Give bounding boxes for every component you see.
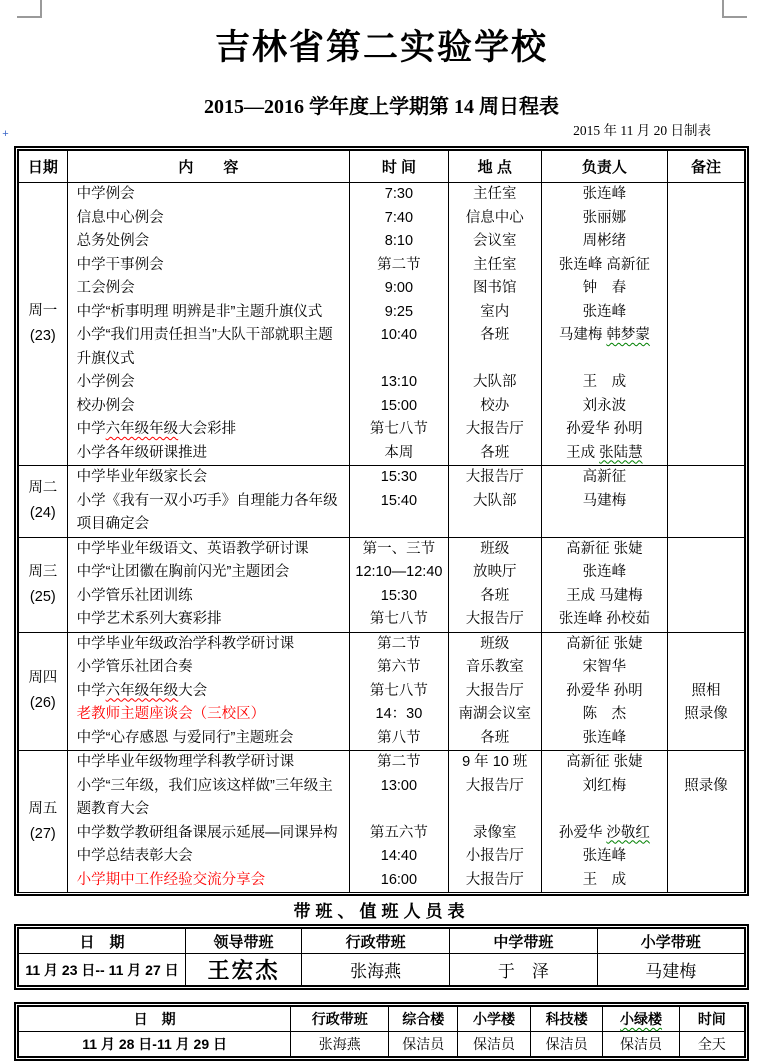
page-subtitle: 2015—2016 学年度上学期第 14 周日程表 xyxy=(0,94,763,120)
weekend-name-cell: 保洁员 xyxy=(603,1032,679,1057)
spellcheck-underline: 六年级年级 xyxy=(106,421,179,437)
time-cell: 本周 xyxy=(350,442,449,466)
place-cell: 大队部 xyxy=(448,490,541,538)
time-cell: 9:25 xyxy=(350,301,449,325)
schedule-row: 周三(25)中学毕业年级语文、英语教学研讨课第一、三节班级高新征 张婕 xyxy=(19,537,745,561)
remark-cell xyxy=(668,822,745,846)
remark-cell xyxy=(668,751,745,775)
column-header: 小学楼 xyxy=(458,1007,531,1032)
remark-cell xyxy=(668,656,745,680)
remark-cell xyxy=(668,418,745,442)
duty-name-cell: 王宏杰 xyxy=(185,954,301,986)
schedule-row: 小学“三年级，我们应该这样做”三年级主题教育大会13:00大报告厅刘红梅照录像 xyxy=(19,775,745,822)
place-cell: 班级 xyxy=(448,537,541,561)
spellcheck-underline: 韩梦蒙 xyxy=(606,327,650,343)
time-cell: 15:00 xyxy=(350,395,449,419)
remark-cell xyxy=(668,395,745,419)
table-move-handle-icon[interactable] xyxy=(0,129,11,140)
place-cell: 大报告厅 xyxy=(448,608,541,632)
remark-cell xyxy=(668,490,745,538)
place-cell: 音乐教室 xyxy=(448,656,541,680)
activity-cell: 小学“三年级，我们应该这样做”三年级主题教育大会 xyxy=(67,775,349,822)
day-cell: 周二(24) xyxy=(19,466,68,538)
column-header: 日 期 xyxy=(19,929,186,954)
remark-cell xyxy=(668,301,745,325)
person-cell: 高新征 张婕 xyxy=(541,751,667,775)
schedule-row: 校办例会15:00校办刘永波 xyxy=(19,395,745,419)
remark-cell xyxy=(668,585,745,609)
column-header: 科技楼 xyxy=(530,1007,603,1032)
person-cell: 张连峰 xyxy=(541,845,667,869)
duty-roster-table-frame: 日 期领导带班行政带班中学带班小学带班 11 月 23 日-- 11 月 27 … xyxy=(17,927,746,987)
activity-cell: 中学六年级年级大会 xyxy=(67,680,349,704)
day-label: 周四 xyxy=(19,666,67,691)
person-cell: 宋智华 xyxy=(541,656,667,680)
time-cell: 第五六节 xyxy=(350,822,449,846)
activity-cell: 中学六年级年级大会彩排 xyxy=(67,418,349,442)
activity-cell: 中学例会 xyxy=(67,183,349,207)
activity-cell: 中学“心存感恩 与爱同行”主题班会 xyxy=(67,727,349,751)
time-cell: 第二节 xyxy=(350,751,449,775)
person-cell: 陈 杰 xyxy=(541,703,667,727)
activity-cell: 校办例会 xyxy=(67,395,349,419)
day-label: 周三 xyxy=(19,560,67,585)
activity-cell: 中学毕业年级语文、英语教学研讨课 xyxy=(67,537,349,561)
remark-cell xyxy=(668,537,745,561)
person-cell: 王成 马建梅 xyxy=(541,585,667,609)
remark-cell: 照录像 xyxy=(668,775,745,822)
time-cell: 9:00 xyxy=(350,277,449,301)
duty-roster-title: 带班、值班人员表 xyxy=(0,902,763,922)
spellcheck-underline: 张陆慧 xyxy=(599,445,643,461)
schedule-row: 周二(24)中学毕业年级家长会15:30大报告厅高新征 xyxy=(19,466,745,490)
place-cell: 放映厅 xyxy=(448,561,541,585)
duty-name-cell: 张海燕 xyxy=(302,954,450,986)
weekend-duty-table-frame: 日 期行政带班综合楼小学楼科技楼小绿楼时间 11 月 28 日-11 月 29 … xyxy=(17,1005,746,1058)
remark-cell xyxy=(668,207,745,231)
page-corner-mark-right xyxy=(722,0,747,18)
schedule-row: 周四(26)中学毕业年级政治学科教学研讨课第二节班级高新征 张婕 xyxy=(19,632,745,656)
person-cell: 周彬绪 xyxy=(541,230,667,254)
activity-cell: 总务处例会 xyxy=(67,230,349,254)
time-cell: 第二节 xyxy=(350,254,449,278)
activity-cell: 小学例会 xyxy=(67,371,349,395)
day-date: (25) xyxy=(19,585,67,610)
time-cell: 14:40 xyxy=(350,845,449,869)
spellcheck-underline: 小绿楼 xyxy=(620,1011,662,1027)
person-cell: 张连峰 xyxy=(541,561,667,585)
day-date: (24) xyxy=(19,501,67,526)
day-cell: 周一(23) xyxy=(19,183,68,466)
column-header: 时间 xyxy=(679,1007,744,1032)
schedule-row: 小学管乐社团合奏第六节音乐教室宋智华 xyxy=(19,656,745,680)
column-header: 地 点 xyxy=(448,151,541,183)
schedule-row: 中学“析事明理 明辨是非”主题升旗仪式9:25室内张连峰 xyxy=(19,301,745,325)
schedule-row: 中学“心存感恩 与爱同行”主题班会第八节各班张连峰 xyxy=(19,727,745,751)
weekend-duty-table: 日 期行政带班综合楼小学楼科技楼小绿楼时间 11 月 28 日-11 月 29 … xyxy=(14,1002,749,1061)
place-cell: 校办 xyxy=(448,395,541,419)
remark-cell xyxy=(668,845,745,869)
day-cell: 周五(27) xyxy=(19,751,68,893)
page-title: 吉林省第二实验学校 xyxy=(0,26,763,70)
time-cell: 12:10—12:40 xyxy=(350,561,449,585)
place-cell: 各班 xyxy=(448,442,541,466)
time-cell: 16:00 xyxy=(350,869,449,893)
spellcheck-underline: 沙敬红 xyxy=(606,825,650,841)
place-cell: 各班 xyxy=(448,727,541,751)
person-cell: 孙爱华 孙明 xyxy=(541,418,667,442)
time-cell: 第七八节 xyxy=(350,680,449,704)
weekend-date-cell: 11 月 28 日-11 月 29 日 xyxy=(19,1032,291,1057)
person-cell: 张连峰 高新征 xyxy=(541,254,667,278)
column-header: 负责人 xyxy=(541,151,667,183)
person-cell: 张连峰 孙校茹 xyxy=(541,608,667,632)
place-cell: 各班 xyxy=(448,324,541,371)
place-cell: 图书馆 xyxy=(448,277,541,301)
schedule-row: 老教师主题座谈会（三校区）14：30南湖会议室陈 杰照录像 xyxy=(19,703,745,727)
column-header: 综合楼 xyxy=(389,1007,458,1032)
duty-date-cell: 11 月 23 日-- 11 月 27 日 xyxy=(19,954,186,986)
schedule-header-row: 日期内 容时 间地 点负责人备注 xyxy=(19,151,745,183)
place-cell: 大报告厅 xyxy=(448,680,541,704)
person-cell: 刘红梅 xyxy=(541,775,667,822)
place-cell: 各班 xyxy=(448,585,541,609)
place-cell: 大队部 xyxy=(448,371,541,395)
activity-cell: 信息中心例会 xyxy=(67,207,349,231)
schedule-row: 小学“我们用责任担当”大队干部就职主题升旗仪式10:40各班马建梅 韩梦蒙 xyxy=(19,324,745,371)
time-cell: 14：30 xyxy=(350,703,449,727)
place-cell: 会议室 xyxy=(448,230,541,254)
remark-cell xyxy=(668,277,745,301)
time-cell: 第二节 xyxy=(350,632,449,656)
person-cell: 张连峰 xyxy=(541,727,667,751)
day-date: (23) xyxy=(19,324,67,349)
time-cell: 13:00 xyxy=(350,775,449,822)
time-cell: 15:40 xyxy=(350,490,449,538)
duty-header-row: 日 期领导带班行政带班中学带班小学带班 xyxy=(19,929,745,954)
place-cell: 大报告厅 xyxy=(448,418,541,442)
weekend-name-cell: 张海燕 xyxy=(291,1032,389,1057)
remark-cell: 照录像 xyxy=(668,703,745,727)
weekend-name-cell: 保洁员 xyxy=(530,1032,603,1057)
activity-cell: 中学数学教研组备课展示延展—同课异构 xyxy=(67,822,349,846)
place-cell: 信息中心 xyxy=(448,207,541,231)
time-cell: 第七八节 xyxy=(350,418,449,442)
place-cell: 主任室 xyxy=(448,254,541,278)
person-cell: 孙爱华 孙明 xyxy=(541,680,667,704)
schedule-row: 小学各年级研课推进本周各班王成 张陆慧 xyxy=(19,442,745,466)
activity-cell: 工会例会 xyxy=(67,277,349,301)
person-cell: 高新征 xyxy=(541,466,667,490)
schedule-row: 小学例会13:10大队部王 成 xyxy=(19,371,745,395)
schedule-row: 中学“让团徽在胸前闪光”主题团会12:10—12:40放映厅张连峰 xyxy=(19,561,745,585)
place-cell: 大报告厅 xyxy=(448,466,541,490)
remark-cell xyxy=(668,561,745,585)
date-note: 2015 年 11 月 20 日制表 xyxy=(0,122,711,140)
person-cell: 王 成 xyxy=(541,371,667,395)
person-cell: 张丽娜 xyxy=(541,207,667,231)
activity-cell: 中学“析事明理 明辨是非”主题升旗仪式 xyxy=(67,301,349,325)
activity-cell: 中学艺术系列大赛彩排 xyxy=(67,608,349,632)
day-cell: 周四(26) xyxy=(19,632,68,751)
activity-cell: 小学“我们用责任担当”大队干部就职主题升旗仪式 xyxy=(67,324,349,371)
person-cell: 孙爱华 沙敬红 xyxy=(541,822,667,846)
person-cell: 马建梅 xyxy=(541,490,667,538)
activity-cell: 小学《我有一双小巧手》自理能力各年级项目确定会 xyxy=(67,490,349,538)
person-cell: 钟 春 xyxy=(541,277,667,301)
place-cell: 主任室 xyxy=(448,183,541,207)
person-cell: 张连峰 xyxy=(541,301,667,325)
weekend-header-row: 日 期行政带班综合楼小学楼科技楼小绿楼时间 xyxy=(19,1007,745,1032)
place-cell: 小报告厅 xyxy=(448,845,541,869)
place-cell: 室内 xyxy=(448,301,541,325)
schedule-table: 日期内 容时 间地 点负责人备注 周一(23)中学例会7:30主任室张连峰信息中… xyxy=(14,146,749,896)
time-cell: 7:30 xyxy=(350,183,449,207)
time-cell: 第八节 xyxy=(350,727,449,751)
activity-cell: 中学毕业年级家长会 xyxy=(67,466,349,490)
time-cell: 13:10 xyxy=(350,371,449,395)
schedule-row: 总务处例会8:10会议室周彬绪 xyxy=(19,230,745,254)
schedule-table-frame: 日期内 容时 间地 点负责人备注 周一(23)中学例会7:30主任室张连峰信息中… xyxy=(17,149,746,893)
schedule-row: 中学数学教研组备课展示延展—同课异构第五六节录像室孙爱华 沙敬红 xyxy=(19,822,745,846)
duty-data-row: 11 月 23 日-- 11 月 27 日王宏杰张海燕于 泽马建梅 xyxy=(19,954,745,986)
day-label: 周二 xyxy=(19,476,67,501)
weekend-data-row: 11 月 28 日-11 月 29 日张海燕保洁员保洁员保洁员保洁员全天 xyxy=(19,1032,745,1057)
place-cell: 南湖会议室 xyxy=(448,703,541,727)
weekend-name-cell: 全天 xyxy=(679,1032,744,1057)
activity-cell: 中学毕业年级政治学科教学研讨课 xyxy=(67,632,349,656)
time-cell: 第七八节 xyxy=(350,608,449,632)
time-cell: 15:30 xyxy=(350,585,449,609)
schedule-row: 周一(23)中学例会7:30主任室张连峰 xyxy=(19,183,745,207)
remark-cell xyxy=(668,324,745,371)
column-header: 中学带班 xyxy=(450,929,597,954)
duty-name-cell: 于 泽 xyxy=(450,954,597,986)
weekend-name-cell: 保洁员 xyxy=(458,1032,531,1057)
column-header: 日 期 xyxy=(19,1007,291,1032)
activity-cell: 老教师主题座谈会（三校区） xyxy=(67,703,349,727)
remark-cell xyxy=(668,608,745,632)
person-cell: 王 成 xyxy=(541,869,667,893)
remark-cell xyxy=(668,183,745,207)
place-cell: 录像室 xyxy=(448,822,541,846)
activity-cell: 中学毕业年级物理学科教学研讨课 xyxy=(67,751,349,775)
column-header: 行政带班 xyxy=(302,929,450,954)
time-cell: 第六节 xyxy=(350,656,449,680)
remark-cell xyxy=(668,442,745,466)
activity-cell: 小学管乐社团合奏 xyxy=(67,656,349,680)
day-date: (27) xyxy=(19,822,67,847)
column-header: 备注 xyxy=(668,151,745,183)
day-label: 周一 xyxy=(19,299,67,324)
person-cell: 张连峰 xyxy=(541,183,667,207)
person-cell: 高新征 张婕 xyxy=(541,632,667,656)
time-cell: 8:10 xyxy=(350,230,449,254)
person-cell: 高新征 张婕 xyxy=(541,537,667,561)
person-cell: 王成 张陆慧 xyxy=(541,442,667,466)
place-cell: 大报告厅 xyxy=(448,775,541,822)
column-header: 小绿楼 xyxy=(603,1007,679,1032)
place-cell: 班级 xyxy=(448,632,541,656)
remark-cell xyxy=(668,371,745,395)
column-header: 领导带班 xyxy=(185,929,301,954)
remark-cell xyxy=(668,254,745,278)
duty-name-cell: 马建梅 xyxy=(597,954,744,986)
place-cell: 大报告厅 xyxy=(448,869,541,893)
remark-cell xyxy=(668,466,745,490)
schedule-row: 中学总结表彰大会14:40小报告厅张连峰 xyxy=(19,845,745,869)
schedule-row: 中学干事例会第二节主任室张连峰 高新征 xyxy=(19,254,745,278)
activity-cell: 小学期中工作经验交流分享会 xyxy=(67,869,349,893)
activity-cell: 小学各年级研课推进 xyxy=(67,442,349,466)
page-corner-mark-left xyxy=(17,0,42,18)
activity-cell: 中学总结表彰大会 xyxy=(67,845,349,869)
schedule-row: 中学六年级年级大会彩排第七八节大报告厅孙爱华 孙明 xyxy=(19,418,745,442)
place-cell: 9 年 10 班 xyxy=(448,751,541,775)
column-header: 日期 xyxy=(19,151,68,183)
remark-cell: 照相 xyxy=(668,680,745,704)
schedule-row: 小学期中工作经验交流分享会16:00大报告厅王 成 xyxy=(19,869,745,893)
schedule-row: 工会例会9:00图书馆钟 春 xyxy=(19,277,745,301)
schedule-row: 小学《我有一双小巧手》自理能力各年级项目确定会15:40大队部马建梅 xyxy=(19,490,745,538)
time-cell: 15:30 xyxy=(350,466,449,490)
schedule-row: 周五(27)中学毕业年级物理学科教学研讨课第二节9 年 10 班高新征 张婕 xyxy=(19,751,745,775)
remark-cell xyxy=(668,632,745,656)
remark-cell xyxy=(668,727,745,751)
column-header: 小学带班 xyxy=(597,929,744,954)
spellcheck-underline: 六年级年级 xyxy=(106,683,179,699)
schedule-row: 小学管乐社团训练15:30各班王成 马建梅 xyxy=(19,585,745,609)
time-cell: 第一、三节 xyxy=(350,537,449,561)
activity-cell: 小学管乐社团训练 xyxy=(67,585,349,609)
day-cell: 周三(25) xyxy=(19,537,68,632)
time-cell: 7:40 xyxy=(350,207,449,231)
remark-cell xyxy=(668,230,745,254)
day-date: (26) xyxy=(19,691,67,716)
day-label: 周五 xyxy=(19,797,67,822)
schedule-row: 中学艺术系列大赛彩排第七八节大报告厅张连峰 孙校茹 xyxy=(19,608,745,632)
remark-cell xyxy=(668,869,745,893)
activity-cell: 中学“让团徽在胸前闪光”主题团会 xyxy=(67,561,349,585)
activity-cell: 中学干事例会 xyxy=(67,254,349,278)
person-cell: 马建梅 韩梦蒙 xyxy=(541,324,667,371)
time-cell: 10:40 xyxy=(350,324,449,371)
schedule-row: 信息中心例会7:40信息中心张丽娜 xyxy=(19,207,745,231)
duty-roster-table: 日 期领导带班行政带班中学带班小学带班 11 月 23 日-- 11 月 27 … xyxy=(14,924,749,990)
column-header: 内 容 xyxy=(67,151,349,183)
column-header: 行政带班 xyxy=(291,1007,389,1032)
schedule-row: 中学六年级年级大会第七八节大报告厅孙爱华 孙明照相 xyxy=(19,680,745,704)
column-header: 时 间 xyxy=(350,151,449,183)
weekend-name-cell: 保洁员 xyxy=(389,1032,458,1057)
person-cell: 刘永波 xyxy=(541,395,667,419)
